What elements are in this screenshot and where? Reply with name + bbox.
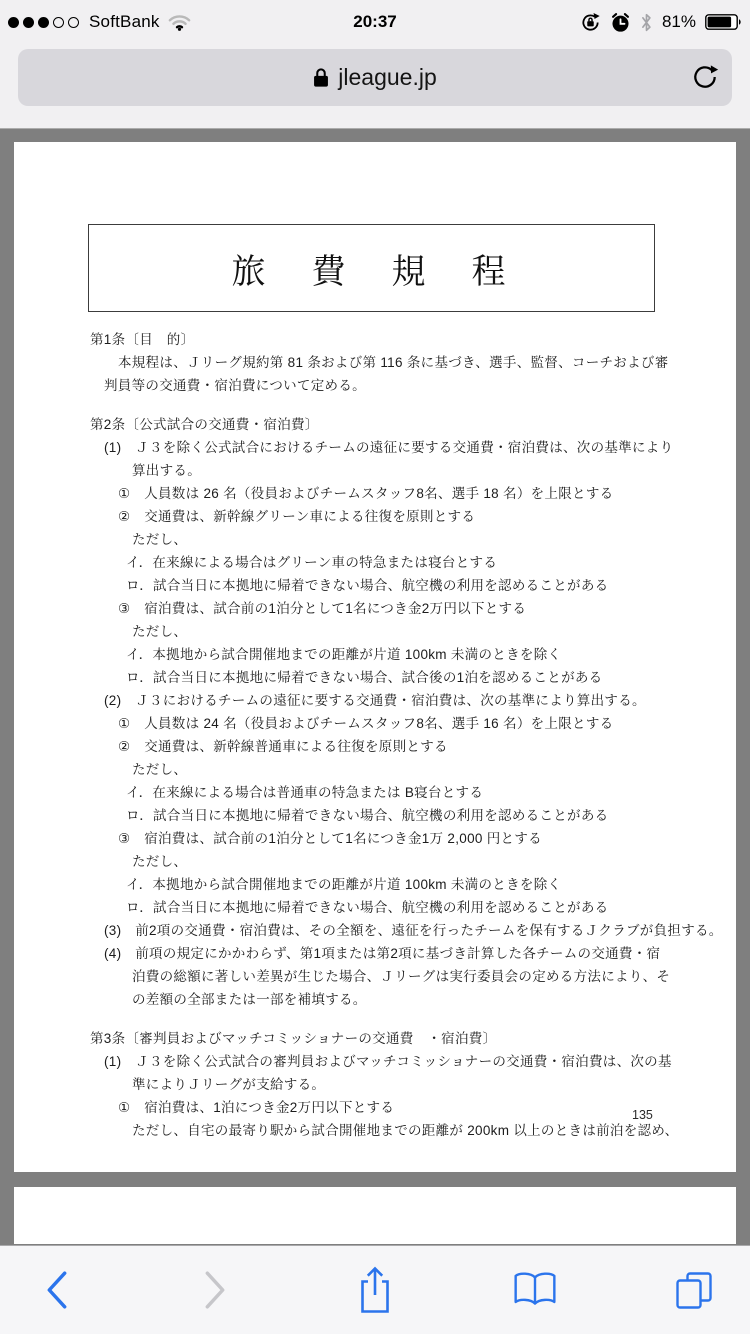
pdf-viewport[interactable]: 旅 費 規 程 第1条〔目 的〕 本規程は、Ｊリーグ規約第 81 条および第 1… bbox=[0, 130, 750, 1245]
doc-line: イ．本拠地から試合開催地までの距離が片道 100km 未満のときを除く bbox=[90, 873, 706, 896]
tabs-icon bbox=[674, 1270, 714, 1311]
doc-line: ③ 宿泊費は、試合前の1泊分として1名につき金1万 2,000 円とする bbox=[90, 827, 706, 850]
doc-line: ただし、 bbox=[90, 528, 706, 551]
battery-percent-label: 81% bbox=[662, 12, 696, 32]
forward-chevron-icon bbox=[203, 1269, 228, 1311]
reload-icon[interactable] bbox=[691, 63, 719, 91]
document-title-box: 旅 費 規 程 bbox=[88, 224, 655, 312]
share-icon bbox=[355, 1265, 395, 1315]
document-title: 旅 費 規 程 bbox=[232, 244, 512, 293]
doc-line: イ．本拠地から試合開催地までの距離が片道 100km 未満のときを除く bbox=[90, 643, 706, 666]
doc-line: ② 交通費は、新幹線グリーン車による往復を原則とする bbox=[90, 505, 706, 528]
share-button[interactable] bbox=[343, 1265, 407, 1315]
pdf-page-2 bbox=[14, 1187, 736, 1244]
doc-line: ロ．試合当日に本拠地に帰着できない場合、試合後の1泊を認めることがある bbox=[90, 666, 706, 689]
doc-line: ③ 宿泊費は、試合前の1泊分として1名につき金2万円以下とする bbox=[90, 597, 706, 620]
doc-line: ロ．試合当日に本拠地に帰着できない場合、航空機の利用を認めることがある bbox=[90, 804, 706, 827]
doc-line: 判員等の交通費・宿泊費について定める。 bbox=[90, 374, 706, 397]
doc-line: 算出する。 bbox=[90, 459, 706, 482]
lock-icon bbox=[313, 67, 329, 88]
forward-button[interactable] bbox=[184, 1269, 248, 1311]
bookmarks-icon bbox=[512, 1271, 558, 1309]
doc-line: ① 宿泊費は、1泊につき金2万円以下とする bbox=[90, 1096, 706, 1119]
url-domain-label: jleague.jp bbox=[338, 64, 436, 91]
browser-chrome-top: SoftBank 20:37 bbox=[0, 0, 750, 129]
doc-line: ① 人員数は 24 名（役員およびチームスタッフ8名、選手 16 名）を上限とす… bbox=[90, 712, 706, 735]
doc-line: 第3条〔審判員およびマッチコミッショナーの交通費 ・宿泊費〕 bbox=[90, 1027, 706, 1050]
page-number-label: 135 bbox=[632, 1108, 653, 1122]
doc-line: ロ．試合当日に本拠地に帰着できない場合、航空機の利用を認めることがある bbox=[90, 896, 706, 919]
doc-line: イ．在来線による場合は普通車の特急または B寝台とする bbox=[90, 781, 706, 804]
safari-bottom-toolbar bbox=[0, 1245, 750, 1334]
doc-line: (4) 前項の規定にかかわらず、第1項または第2項に基づき計算した各チームの交通… bbox=[90, 942, 706, 965]
doc-line: 第1条〔目 的〕 bbox=[90, 328, 706, 351]
bookmarks-button[interactable] bbox=[503, 1271, 567, 1309]
doc-line: 本規程は、Ｊリーグ規約第 81 条および第 116 条に基づき、選手、監督、コー… bbox=[90, 351, 706, 374]
doc-line: の差額の全部または一部を補填する。 bbox=[90, 988, 706, 1011]
status-right-group: 81% bbox=[580, 12, 742, 33]
pdf-page-1: 旅 費 規 程 第1条〔目 的〕 本規程は、Ｊリーグ規約第 81 条および第 1… bbox=[14, 142, 736, 1172]
doc-line: (1) Ｊ３を除く公式試合におけるチームの遠征に要する交通費・宿泊費は、次の基準… bbox=[90, 436, 706, 459]
document-body: 第1条〔目 的〕 本規程は、Ｊリーグ規約第 81 条および第 116 条に基づき… bbox=[90, 328, 706, 1142]
tabs-button[interactable] bbox=[662, 1270, 726, 1311]
doc-line: ただし、 bbox=[90, 758, 706, 781]
doc-line: ② 交通費は、新幹線普通車による往復を原則とする bbox=[90, 735, 706, 758]
doc-line: ただし、 bbox=[90, 620, 706, 643]
doc-line: 泊費の総額に著しい差異が生じた場合、Ｊリーグは実行委員会の定める方法により、そ bbox=[90, 965, 706, 988]
rotation-lock-icon bbox=[580, 12, 601, 33]
back-button[interactable] bbox=[24, 1269, 88, 1311]
doc-line: (3) 前2項の交通費・宿泊費は、その全額を、遠征を行ったチームを保有するＪクラ… bbox=[90, 919, 706, 942]
doc-line: ただし、自宅の最寄り駅から試合開催地までの距離が 200km 以上のときは前泊を… bbox=[90, 1119, 706, 1142]
doc-line: 準によりＪリーグが支給する。 bbox=[90, 1073, 706, 1096]
doc-line: イ．在来線による場合はグリーン車の特急または寝台とする bbox=[90, 551, 706, 574]
doc-line: ① 人員数は 26 名（役員およびチームスタッフ8名、選手 18 名）を上限とす… bbox=[90, 482, 706, 505]
doc-line: ロ．試合当日に本拠地に帰着できない場合、航空機の利用を認めることがある bbox=[90, 574, 706, 597]
doc-line: (2) Ｊ３におけるチームの遠征に要する交通費・宿泊費は、次の基準により算出する… bbox=[90, 689, 706, 712]
alarm-icon bbox=[610, 12, 631, 33]
bluetooth-icon bbox=[640, 13, 653, 32]
doc-line: ただし、 bbox=[90, 850, 706, 873]
battery-icon bbox=[705, 14, 742, 30]
back-chevron-icon bbox=[44, 1269, 69, 1311]
doc-line: (1) Ｊ３を除く公式試合の審判員およびマッチコミッショナーの交通費・宿泊費は、… bbox=[90, 1050, 706, 1073]
url-address-field[interactable]: jleague.jp bbox=[18, 49, 732, 106]
doc-line: 第2条〔公式試合の交通費・宿泊費〕 bbox=[90, 413, 706, 436]
status-bar: SoftBank 20:37 bbox=[0, 0, 750, 44]
